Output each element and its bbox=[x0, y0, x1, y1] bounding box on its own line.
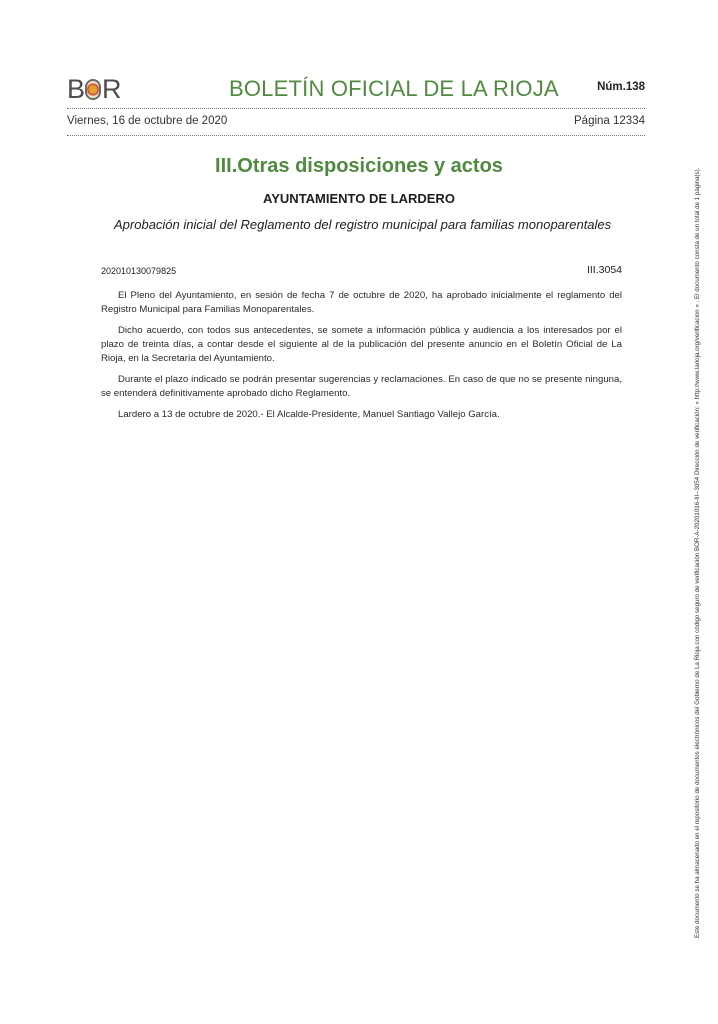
issue-number: Núm.138 bbox=[597, 81, 645, 93]
logo-letter-b: B bbox=[67, 74, 84, 105]
dotted-divider bbox=[67, 135, 645, 136]
registry-code: 202010130079825 bbox=[101, 266, 176, 276]
body-paragraph: Durante el plazo indicado se podrán pres… bbox=[101, 373, 622, 401]
masthead: BR BOLETÍN OFICIAL DE LA RIOJA Núm.138 bbox=[67, 72, 645, 106]
signature-paragraph: Lardero a 13 de octubre de 2020.- El Alc… bbox=[101, 408, 622, 422]
logo-letter-r: R bbox=[102, 74, 121, 105]
section-title: III.Otras disposiciones y actos bbox=[0, 155, 718, 178]
announcement-id: III.3054 bbox=[587, 264, 622, 276]
dotted-divider bbox=[67, 108, 645, 109]
publication-date: Viernes, 16 de octubre de 2020 bbox=[67, 115, 227, 127]
announcement-subject: Aprobación inicial del Reglamento del re… bbox=[114, 216, 623, 234]
document-page: BR BOLETÍN OFICIAL DE LA RIOJA Núm.138 V… bbox=[0, 0, 718, 1024]
entity-heading: AYUNTAMIENTO DE LARDERO bbox=[0, 191, 718, 206]
body-paragraph: El Pleno del Ayuntamiento, en sesión de … bbox=[101, 289, 622, 317]
coat-of-arms-icon bbox=[85, 79, 101, 100]
bor-logo: BR bbox=[67, 74, 121, 105]
body-paragraph: Dicho acuerdo, con todos sus antecedente… bbox=[101, 324, 622, 366]
verification-note: Este documento se ha almacenado en el re… bbox=[694, 58, 701, 938]
announcement-body: El Pleno del Ayuntamiento, en sesión de … bbox=[101, 289, 622, 429]
page-number: Página 12334 bbox=[574, 115, 645, 127]
bulletin-title: BOLETÍN OFICIAL DE LA RIOJA bbox=[229, 76, 559, 102]
